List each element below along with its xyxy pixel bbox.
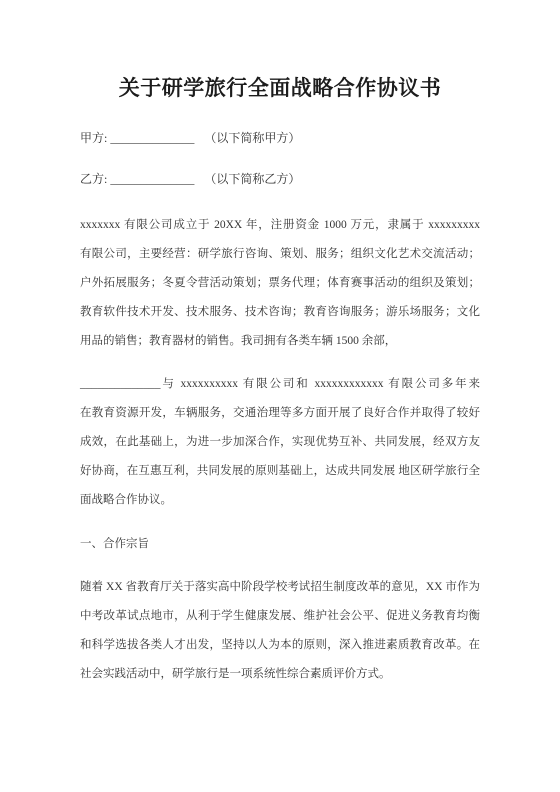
document-page: 关于研学旅行全面战略合作协议书 甲方: ______________ （以下简称… bbox=[0, 0, 560, 792]
party-a-note: （以下简称甲方） bbox=[204, 131, 300, 145]
party-b-line: 乙方: ______________ （以下简称乙方） bbox=[80, 169, 480, 189]
section-heading-cooperation-purpose: 一、合作宗旨 bbox=[80, 530, 480, 559]
paragraph-line: 教育软件技术开发、技术服务、技术咨询；教育咨询服务；游乐场服务；文化 bbox=[80, 298, 480, 327]
party-a-blank-field: ______________ bbox=[110, 131, 194, 145]
paragraph-line: 用品的销售；教育器材的销售。我司拥有各类车辆 1500 余部， bbox=[80, 327, 480, 356]
paragraph-cooperation-purpose: 随着 XX 省教育厅关于落实高中阶段学校考试招生制度改革的意见，XX 市作为 中… bbox=[80, 573, 480, 689]
paragraph-line: xxxxxxx 有限公司成立于 20XX 年，注册资金 1000 万元，隶属于 … bbox=[80, 211, 480, 240]
document-title: 关于研学旅行全面战略合作协议书 bbox=[80, 72, 480, 104]
party-a-line: 甲方: ______________ （以下简称甲方） bbox=[80, 128, 480, 148]
party-b-blank-field: ______________ bbox=[110, 172, 194, 186]
paragraph-line: 和科学选拔各类人才出发，坚持以人为本的原则，深入推进素质教育改革。在 bbox=[80, 631, 480, 660]
party-a-label: 甲方: bbox=[80, 131, 107, 145]
paragraph-line: 户外拓展服务；冬夏令营活动策划；票务代理；体育赛事活动的组织及策划； bbox=[80, 269, 480, 298]
paragraph-line: 面战略合作协议。 bbox=[80, 486, 480, 515]
paragraph-line: 中考改革试点地市，从利于学生健康发展、维护社会公平、促进义务教育均衡 bbox=[80, 602, 480, 631]
paragraph-cooperation-background: ______________与 xxxxxxxxxx 有限公司和 xxxxxxx… bbox=[80, 370, 480, 515]
paragraph-line: 社会实践活动中，研学旅行是一项系统性综合素质评价方式。 bbox=[80, 660, 480, 689]
paragraph-line: 成效，在此基础上，为进一步加深合作，实现优势互补、共同发展，经双方友 bbox=[80, 428, 480, 457]
paragraph-line: ______________与 xxxxxxxxxx 有限公司和 xxxxxxx… bbox=[80, 370, 480, 399]
paragraph-line: 随着 XX 省教育厅关于落实高中阶段学校考试招生制度改革的意见，XX 市作为 bbox=[80, 573, 480, 602]
paragraph-line: 好协商，在互惠互利，共同发展的原则基础上，达成共同发展 地区研学旅行全 bbox=[80, 457, 480, 486]
party-b-note: （以下简称乙方） bbox=[204, 172, 300, 186]
paragraph-line: 在教育资源开发，车辆服务，交通治理等多方面开展了良好合作并取得了较好 bbox=[80, 399, 480, 428]
paragraph-line: 有限公司，主要经营：研学旅行咨询、策划、服务；组织文化艺术交流活动； bbox=[80, 240, 480, 269]
paragraph-company-intro: xxxxxxx 有限公司成立于 20XX 年，注册资金 1000 万元，隶属于 … bbox=[80, 211, 480, 356]
party-b-label: 乙方: bbox=[80, 172, 107, 186]
